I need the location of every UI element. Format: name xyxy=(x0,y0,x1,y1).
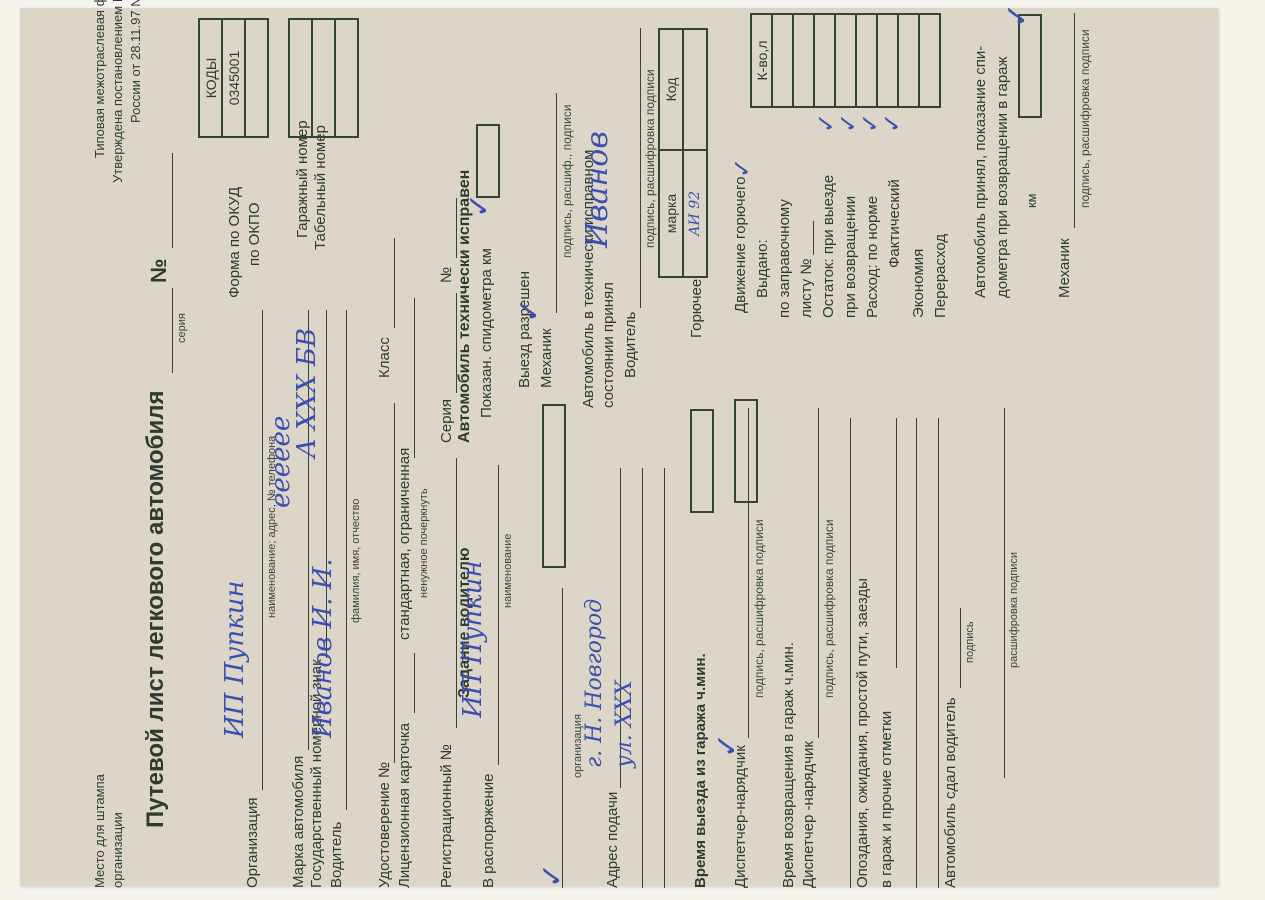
series-caption: серия xyxy=(176,313,188,343)
license-card-label: Лицензионная карточка xyxy=(396,723,413,888)
tech-driver-caption: подпись, расшифровка подписи xyxy=(643,69,657,248)
handed-over-label: Автомобиль сдал водитель xyxy=(942,697,959,888)
okpo-label: по ОКПО xyxy=(246,203,263,267)
disposal-caption: наименование xyxy=(502,534,514,608)
organization-task-line xyxy=(562,588,563,888)
stamp-place-label-2: организации xyxy=(110,812,125,888)
fuel-qty-header: К-во,л xyxy=(751,14,772,107)
fuel-row-4: при возвращении xyxy=(842,196,859,318)
return-time-label: Время возвращения в гараж ч.мин. xyxy=(780,642,797,888)
return-line-2: дометра при возвращении в гараж xyxy=(994,56,1011,298)
return-mechanic-line xyxy=(1074,13,1075,228)
address-line-3 xyxy=(664,468,665,888)
organization-label: Организация xyxy=(244,798,261,888)
return-line-1: Автомобиль принял, показание спи- xyxy=(972,46,989,298)
class-line xyxy=(394,238,395,328)
tab-number-label: Табельный номер xyxy=(312,125,329,250)
address-line-2 xyxy=(642,468,643,888)
address-value-1[interactable]: г. Н. Новгород xyxy=(582,599,607,768)
departure-time-label: Время выезда из гаража ч.мин. xyxy=(692,653,709,888)
extra-code-cell[interactable] xyxy=(335,19,358,137)
fuel-row-2: листу № ____ xyxy=(798,221,815,318)
delays-line-3 xyxy=(938,418,939,888)
number-line xyxy=(172,153,173,248)
departure-time-box[interactable] xyxy=(690,409,714,513)
fuel-qty-cell[interactable] xyxy=(793,14,814,107)
mechanic-label: Механик xyxy=(538,328,555,388)
mechanic-sign-caption: подпись, расшиф., подписи xyxy=(560,105,574,258)
disposal-value[interactable]: ИП Пупкин xyxy=(458,560,488,718)
handed-over-sign-caption: подпись xyxy=(964,621,976,663)
fuel-qty-cell[interactable] xyxy=(919,14,940,107)
fuel-row-1: по заправочному xyxy=(776,199,793,318)
okpo-value[interactable] xyxy=(245,19,268,137)
license-card-options[interactable]: стандартная, ограниченная xyxy=(396,448,413,640)
mechanic-sign-line xyxy=(556,93,557,313)
return-odometer-box[interactable] xyxy=(1018,14,1042,118)
stamp-place-label: Место для штампа xyxy=(92,774,107,888)
dispatcher-label: Диспетчер-нарядчик xyxy=(732,745,749,888)
fuel-movement-label: Движение горючего xyxy=(732,177,749,313)
garage-number-label: Гаражный номер xyxy=(294,120,311,238)
organization-code-box[interactable] xyxy=(542,404,566,568)
series-field-label: Серия xyxy=(438,399,455,443)
address-value-2[interactable]: ул. ХХХ xyxy=(612,680,637,768)
fuel-row-6: Фактический xyxy=(886,179,903,268)
fuel-check-icon-5: ✓ xyxy=(878,113,906,133)
approval-line-1: Типовая межотраслевая форма № 3 xyxy=(92,0,107,158)
fuel-qty-table: К-во,л xyxy=(750,13,941,108)
approval-line-3: России от 28.11.97 № 78 xyxy=(128,0,143,123)
delays-label-2: в гараж и прочие отметки xyxy=(878,711,895,888)
tech-driver-sign[interactable]: Иванов xyxy=(580,131,615,248)
waybill-form: Место для штампа организации Типовая меж… xyxy=(80,38,1180,898)
form-title: Путевой лист легкового автомобиля xyxy=(142,390,170,828)
fuel-code-value[interactable] xyxy=(683,29,707,150)
dispatcher2-sign-caption: подпись, расшифровка подписи xyxy=(822,519,836,698)
dispatcher-check-icon: ✓ xyxy=(710,733,745,758)
paper-sheet: Место для штампа организации Типовая меж… xyxy=(20,8,1218,886)
number-sign: № xyxy=(146,258,172,283)
fuel-qty-cell[interactable] xyxy=(835,14,856,107)
exit-allowed-label: Выезд разрешен xyxy=(516,271,533,388)
fuel-row-8: Перерасход xyxy=(932,234,949,318)
fuel-code-header: Код xyxy=(659,29,683,150)
return-time-box[interactable] xyxy=(734,399,758,503)
garage-tab-table xyxy=(288,18,359,138)
handed-over-decode-caption: расшифровка подписи xyxy=(1008,552,1020,668)
handed-over-sign-line xyxy=(960,608,961,688)
odometer-box[interactable] xyxy=(476,124,500,198)
organization-value[interactable]: ИП Пупкин xyxy=(220,580,250,738)
fuel-table: марка Код АИ 92 xyxy=(658,28,708,278)
accepted-label-2: состоянии принял xyxy=(600,282,617,408)
okud-label: Форма по ОКУД xyxy=(226,187,243,298)
dispatcher2-label: Диспетчер -нарядчик xyxy=(800,741,817,888)
tech-driver-label: Водитель xyxy=(622,312,639,378)
num-field-label: № xyxy=(438,267,455,283)
fuel-brand-header: марка xyxy=(659,150,683,277)
license-label: Удостоверение № xyxy=(376,762,393,888)
license-card-caption: ненужное почеркнуть xyxy=(418,488,430,598)
delays-line-1 xyxy=(896,418,897,668)
dispatcher2-sign-line xyxy=(818,408,819,738)
delays-top-line xyxy=(850,418,851,888)
okud-value: 0345001 xyxy=(222,19,245,137)
fuel-qty-cell[interactable] xyxy=(898,14,919,107)
registration-label: Регистрационный № xyxy=(438,744,455,888)
address-label: Адрес подачи xyxy=(604,792,621,888)
plate-value[interactable]: А ХХХ БВ xyxy=(292,328,322,458)
series-line xyxy=(172,288,173,373)
fuel-brand-value[interactable]: АИ 92 xyxy=(683,150,707,277)
car-brand-label: Марка автомобиля xyxy=(290,756,307,888)
delays-label-1: Опоздания, ожидания, простой пути, заезд… xyxy=(854,578,871,888)
approval-line-2: Утверждена постановлением Госкомстата xyxy=(110,0,125,183)
organization-line xyxy=(262,310,263,790)
odometer-label: Показан. спидометра км xyxy=(478,248,495,418)
class-label: Класс xyxy=(376,337,393,378)
license-card-line-2 xyxy=(414,298,415,458)
driver-caption: фамилия, имя, отчество xyxy=(350,499,362,623)
fuel-label: Горючее xyxy=(688,279,705,338)
fuel-qty-cell[interactable] xyxy=(877,14,898,107)
return-km: км xyxy=(1024,193,1039,208)
delays-line-2 xyxy=(916,418,917,888)
mechanic-check-icon: ✓ xyxy=(512,298,547,323)
fuel-qty-cell[interactable] xyxy=(814,14,835,107)
garage-number-cell[interactable] xyxy=(289,19,312,137)
fuel-qty-cell[interactable] xyxy=(856,14,877,107)
fuel-qty-cell[interactable] xyxy=(772,14,793,107)
driver-label: Водитель xyxy=(328,822,345,888)
fuel-row-0: Выдано: xyxy=(754,239,771,298)
codes-header: КОДЫ xyxy=(199,19,222,137)
return-check-icon: ✓ xyxy=(1000,3,1035,28)
fuel-check-icon-1: ✓ xyxy=(728,158,756,178)
driver-line xyxy=(346,310,347,810)
license-card-line xyxy=(414,653,415,713)
fuel-row-5: Расход: по норме xyxy=(864,196,881,318)
codes-table: КОДЫ 0345001 xyxy=(198,18,269,138)
handed-over-decode-line xyxy=(1004,408,1005,778)
dispatcher-sign-caption: подпись, расшифровка подписи xyxy=(752,519,766,698)
disposal-line xyxy=(498,465,499,765)
return-mechanic-label: Механик xyxy=(1056,238,1073,298)
tech-driver-line xyxy=(640,28,641,308)
disposal-label: В распоряжение xyxy=(480,774,497,889)
license-line xyxy=(394,403,395,763)
fuel-row-3: Остаток: при выезде xyxy=(820,175,837,318)
return-mechanic-caption: подпись, расшифровка подписи xyxy=(1078,29,1092,208)
tab-number-cell[interactable] xyxy=(312,19,335,137)
fuel-row-7: Экономия xyxy=(910,249,927,318)
checkmark-icon: ✓ xyxy=(535,863,570,888)
driver-value[interactable]: Иванов И. И. xyxy=(308,558,338,738)
